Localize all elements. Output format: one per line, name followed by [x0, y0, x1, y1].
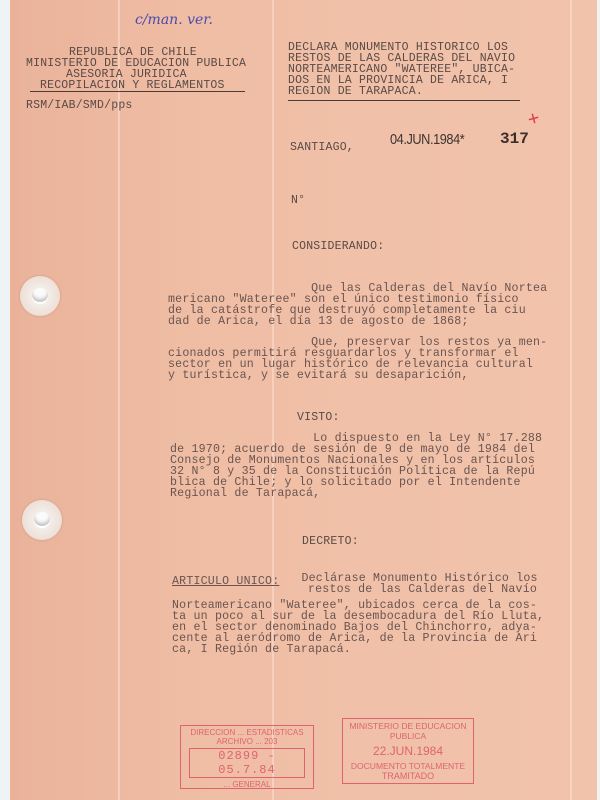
stamp-code: 02899 - 05.7.84 [189, 748, 305, 778]
punch-hole [22, 500, 62, 540]
fold-line [118, 0, 120, 800]
ministry-stamp: MINISTERIO DE EDUCACION PUBLICA 22.JUN.1… [342, 718, 474, 784]
subject-line-5: REGION DE TARAPACA. [288, 86, 423, 97]
visto-line: Regional de Tarapacá, [170, 488, 320, 500]
decreto-line: restos de las Calderas del Navío [172, 584, 537, 596]
stamp-status-line: DOCUMENTO TOTALMENTE [343, 761, 473, 771]
decreto-line: ca, I Región de Tarapacá. [172, 644, 351, 656]
considerando-line: dad de Arica, el día 13 de agosto de 186… [168, 316, 469, 328]
stamp-ministry-line: MINISTERIO DE EDUCACION [343, 721, 473, 731]
reference-code: RSM/IAB/SMD/pps [26, 100, 133, 111]
considerando-line: y turística, y se evitará su desaparició… [168, 370, 469, 382]
stamp-date: 22.JUN.1984 [343, 744, 473, 758]
punch-hole [20, 276, 60, 316]
stamp-top-text: DIRECCION ... ESTADISTICAS [181, 728, 313, 737]
decreto-heading: DECRETO: [302, 536, 359, 547]
document-page [10, 0, 597, 800]
stamp-processed-line: TRAMITADO [343, 771, 473, 781]
subject-rule [288, 100, 520, 101]
fold-line [570, 0, 572, 800]
considerando-heading: CONSIDERANDO: [292, 241, 384, 252]
archive-stamp: DIRECCION ... ESTADISTICAS ARCHIVO ... 2… [180, 725, 314, 789]
decree-number: 317 [500, 130, 529, 148]
fold-line [272, 0, 274, 800]
header-section: RECOPILACION Y REGLAMENTOS [40, 80, 225, 91]
header-rule [30, 91, 245, 92]
stamp-bottom-text: ... GENERAL [181, 780, 313, 789]
date-stamp: 04.JUN.1984* [390, 131, 464, 148]
handwritten-note: c/man. ver. [135, 12, 213, 28]
visto-heading: VISTO: [297, 412, 340, 423]
place-label: SANTIAGO, [290, 142, 354, 153]
stamp-public-line: PUBLICA [343, 731, 473, 741]
stamp-middle-text: ARCHIVO ... 203 [181, 737, 313, 746]
number-label: N° [291, 195, 305, 206]
